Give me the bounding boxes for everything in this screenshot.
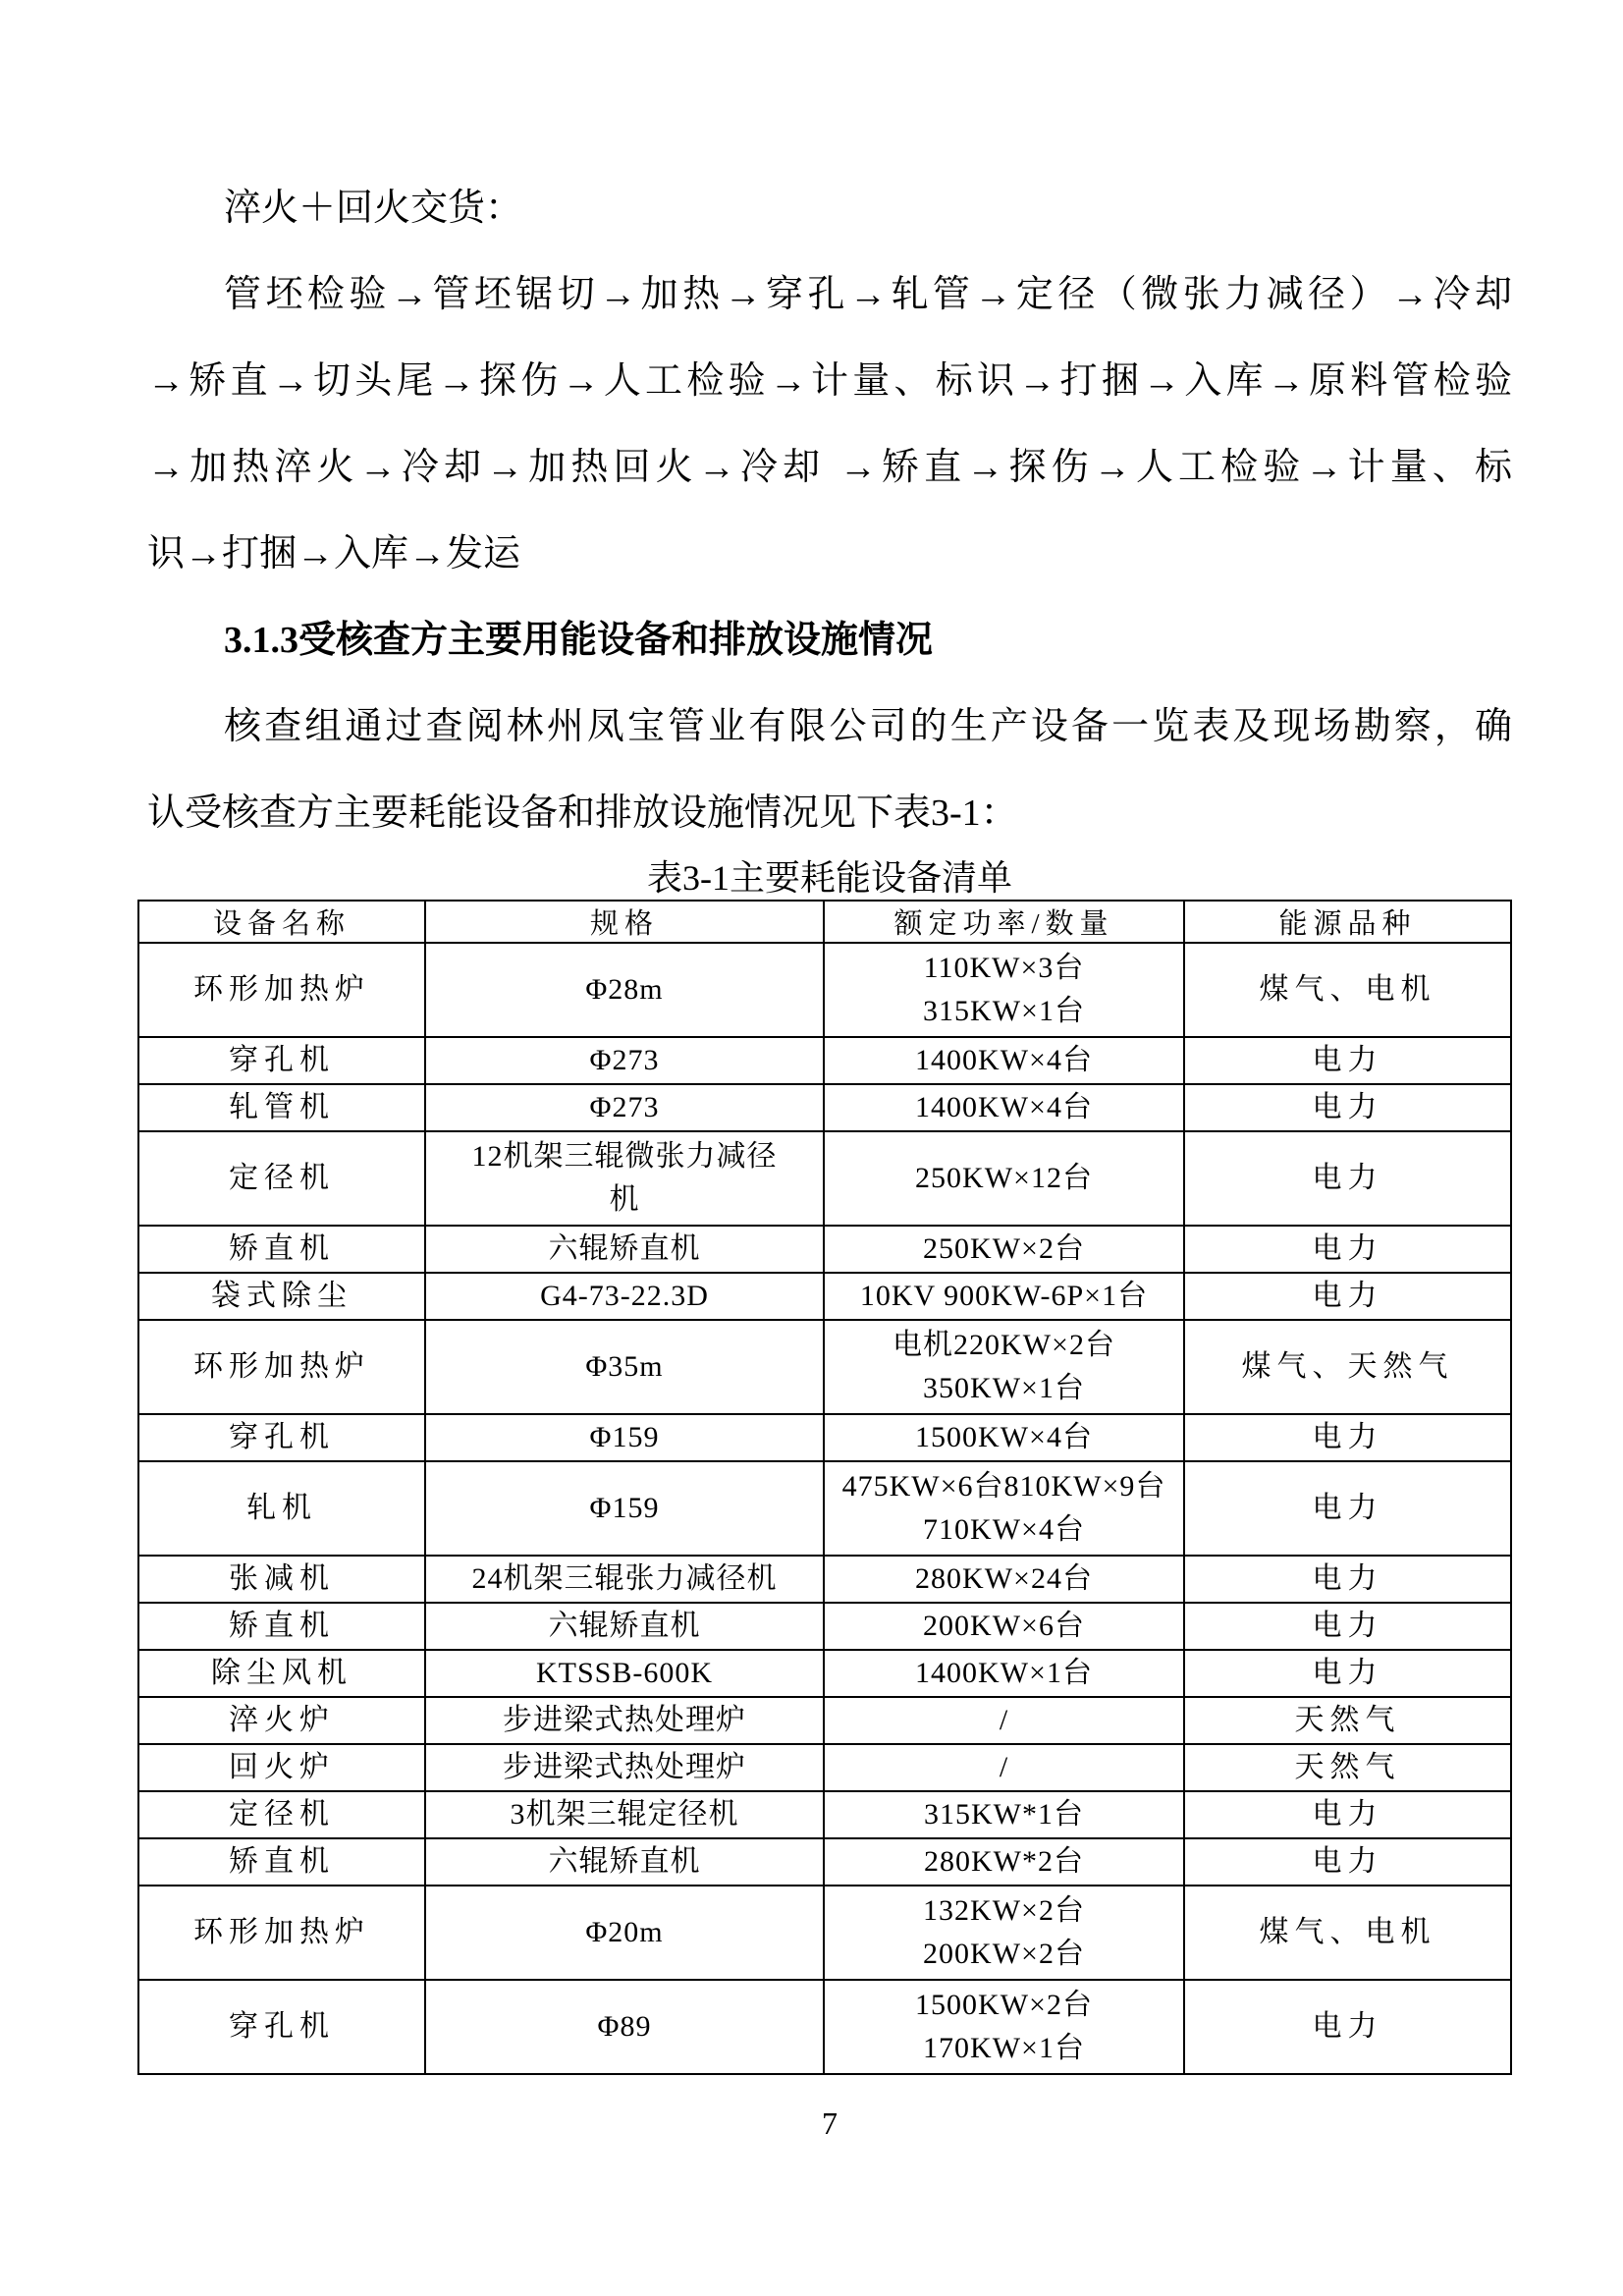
power-text-line-1: 475KW×6台810KW×9台 — [825, 1465, 1183, 1508]
device-name-cell: 定径机 — [138, 1791, 425, 1838]
energy-cell: 天然气 — [1184, 1744, 1511, 1791]
device-name-text: 矫直机 — [139, 1840, 424, 1884]
energy-cell: 电力 — [1184, 1556, 1511, 1603]
power-text-line-1: 1400KW×1台 — [825, 1652, 1183, 1695]
energy-type-text: 电力 — [1185, 1157, 1510, 1200]
energy-cell: 电力 — [1184, 1650, 1511, 1697]
spec-cell: 3机架三辊定径机 — [425, 1791, 824, 1838]
table-row: 淬火炉 步进梁式热处理炉 / 天然气 — [138, 1697, 1511, 1744]
process-flow-line-2: →矫直→切头尾→探伤→人工检验→计量、标识→打捆→入库→原料管检验 — [147, 338, 1512, 424]
energy-cell: 电力 — [1184, 1980, 1511, 2074]
equipment-table: 设备名称 规格 额定功率/数量 能源品种 环形加热炉 Φ28m 110KW×3台… — [137, 900, 1512, 2075]
energy-cell: 电力 — [1184, 1461, 1511, 1556]
spec-cell: Φ28m — [425, 943, 824, 1037]
energy-type-text: 电力 — [1185, 1793, 1510, 1836]
table-row: 矫直机 六辊矫直机 200KW×6台 电力 — [138, 1603, 1511, 1650]
spec-cell: KTSSB-600K — [425, 1650, 824, 1697]
spec-text-line-1: 12机架三辊微张力减径 — [426, 1135, 823, 1178]
energy-type-text: 煤气、天然气 — [1185, 1345, 1510, 1389]
device-name-text: 环形加热炉 — [139, 1911, 424, 1954]
energy-type-text: 电力 — [1185, 1275, 1510, 1318]
power-text-line-1: 1400KW×4台 — [825, 1039, 1183, 1082]
power-cell: 110KW×3台 315KW×1台 — [824, 943, 1184, 1037]
power-cell: 475KW×6台810KW×9台 710KW×4台 — [824, 1461, 1184, 1556]
energy-cell: 煤气、电机 — [1184, 943, 1511, 1037]
energy-type-text: 电力 — [1185, 1840, 1510, 1884]
table-row: 回火炉 步进梁式热处理炉 / 天然气 — [138, 1744, 1511, 1791]
power-text-line-1: 200KW×6台 — [825, 1605, 1183, 1648]
device-name-cell: 袋式除尘 — [138, 1273, 425, 1320]
device-name-text: 矫直机 — [139, 1228, 424, 1271]
device-name-text: 张减机 — [139, 1558, 424, 1601]
spec-cell: Φ273 — [425, 1037, 824, 1084]
power-cell: / — [824, 1697, 1184, 1744]
spec-cell: Φ35m — [425, 1320, 824, 1414]
energy-cell: 电力 — [1184, 1273, 1511, 1320]
device-name-cell: 矫直机 — [138, 1226, 425, 1273]
energy-type-text: 电力 — [1185, 1228, 1510, 1271]
power-cell: 1400KW×1台 — [824, 1650, 1184, 1697]
power-text-line-1: / — [825, 1746, 1183, 1789]
spec-text-line-2: 机 — [426, 1178, 823, 1222]
device-name-text: 矫直机 — [139, 1605, 424, 1648]
device-name-text: 穿孔机 — [139, 1416, 424, 1459]
energy-type-text: 天然气 — [1185, 1699, 1510, 1742]
device-name-cell: 环形加热炉 — [138, 1886, 425, 1980]
table-row: 轧机 Φ159 475KW×6台810KW×9台 710KW×4台 电力 — [138, 1461, 1511, 1556]
power-cell: 280KW×24台 — [824, 1556, 1184, 1603]
device-name-cell: 轧管机 — [138, 1084, 425, 1131]
device-name-cell: 穿孔机 — [138, 1980, 425, 2074]
spec-text-line-1: Φ89 — [426, 2005, 823, 2049]
spec-text-line-1: Φ273 — [426, 1039, 823, 1082]
energy-type-text: 电力 — [1185, 1652, 1510, 1695]
energy-cell: 电力 — [1184, 1084, 1511, 1131]
energy-type-text: 煤气、电机 — [1185, 968, 1510, 1011]
spec-cell: G4-73-22.3D — [425, 1273, 824, 1320]
power-cell: 200KW×6台 — [824, 1603, 1184, 1650]
power-text-line-1: 315KW*1台 — [825, 1793, 1183, 1836]
table-body: 环形加热炉 Φ28m 110KW×3台 315KW×1台 煤气、电机 穿孔机 Φ… — [138, 943, 1511, 2074]
power-cell: 10KV 900KW-6P×1台 — [824, 1273, 1184, 1320]
table-row: 张减机 24机架三辊张力减径机 280KW×24台 电力 — [138, 1556, 1511, 1603]
spec-text-line-1: 24机架三辊张力减径机 — [426, 1558, 823, 1601]
energy-type-text: 电力 — [1185, 1086, 1510, 1129]
power-text-line-1: 电机220KW×2台 — [825, 1324, 1183, 1367]
table-row: 袋式除尘 G4-73-22.3D 10KV 900KW-6P×1台 电力 — [138, 1273, 1511, 1320]
energy-cell: 天然气 — [1184, 1697, 1511, 1744]
spec-cell: 六辊矫直机 — [425, 1603, 824, 1650]
spec-text-line-1: 六辊矫直机 — [426, 1605, 823, 1648]
power-text-line-2: 710KW×4台 — [825, 1508, 1183, 1552]
spec-cell: Φ159 — [425, 1461, 824, 1556]
section-heading-3-1-3: 3.1.3受核查方主要用能设备和排放设施情况 — [147, 597, 1512, 683]
spec-text-line-1: 六辊矫直机 — [426, 1840, 823, 1884]
intro-paragraph-line-1: 核查组通过查阅林州凤宝管业有限公司的生产设备一览表及现场勘察，确 — [147, 683, 1512, 770]
spec-cell: Φ89 — [425, 1980, 824, 2074]
table-row: 轧管机 Φ273 1400KW×4台 电力 — [138, 1084, 1511, 1131]
spec-text-line-1: Φ159 — [426, 1416, 823, 1459]
process-flow-line-4: 识→打捆→入库→发运 — [147, 511, 1512, 597]
power-cell: 1500KW×4台 — [824, 1414, 1184, 1461]
device-name-text: 环形加热炉 — [139, 1345, 424, 1389]
process-flow-line-3: →加热淬火→冷却→加热回火→冷却 →矫直→探伤→人工检验→计量、标 — [147, 424, 1512, 511]
spec-text-line-1: 步进梁式热处理炉 — [426, 1699, 823, 1742]
spec-cell: 12机架三辊微张力减径 机 — [425, 1131, 824, 1226]
table-header-row: 设备名称 规格 额定功率/数量 能源品种 — [138, 901, 1511, 943]
table-row: 矫直机 六辊矫直机 280KW*2台 电力 — [138, 1838, 1511, 1886]
table-row: 环形加热炉 Φ35m 电机220KW×2台 350KW×1台 煤气、天然气 — [138, 1320, 1511, 1414]
power-text-line-2: 200KW×2台 — [825, 1933, 1183, 1976]
spec-text-line-1: 3机架三辊定径机 — [426, 1793, 823, 1836]
table-row: 矫直机 六辊矫直机 250KW×2台 电力 — [138, 1226, 1511, 1273]
power-text-line-2: 315KW×1台 — [825, 990, 1183, 1033]
column-header-spec: 规格 — [425, 901, 824, 943]
table-row: 穿孔机 Φ273 1400KW×4台 电力 — [138, 1037, 1511, 1084]
device-name-cell: 除尘风机 — [138, 1650, 425, 1697]
power-cell: 315KW*1台 — [824, 1791, 1184, 1838]
table-caption: 表3-1主要耗能设备清单 — [147, 856, 1512, 900]
power-text-line-1: 250KW×12台 — [825, 1157, 1183, 1200]
energy-cell: 电力 — [1184, 1838, 1511, 1886]
energy-type-text: 电力 — [1185, 1039, 1510, 1082]
power-cell: 132KW×2台 200KW×2台 — [824, 1886, 1184, 1980]
device-name-text: 定径机 — [139, 1793, 424, 1836]
spec-text-line-1: 六辊矫直机 — [426, 1228, 823, 1271]
energy-cell: 煤气、天然气 — [1184, 1320, 1511, 1414]
power-text-line-1: 110KW×3台 — [825, 947, 1183, 990]
spec-text-line-1: Φ159 — [426, 1487, 823, 1530]
power-text-line-1: 280KW*2台 — [825, 1840, 1183, 1884]
device-name-text: 回火炉 — [139, 1746, 424, 1789]
device-name-cell: 矫直机 — [138, 1603, 425, 1650]
power-cell: 1400KW×4台 — [824, 1084, 1184, 1131]
device-name-cell: 穿孔机 — [138, 1037, 425, 1084]
spec-cell: Φ273 — [425, 1084, 824, 1131]
device-name-text: 穿孔机 — [139, 2005, 424, 2049]
device-name-cell: 环形加热炉 — [138, 943, 425, 1037]
device-name-cell: 环形加热炉 — [138, 1320, 425, 1414]
device-name-cell: 矫直机 — [138, 1838, 425, 1886]
spec-text-line-1: Φ35m — [426, 1345, 823, 1389]
device-name-text: 环形加热炉 — [139, 968, 424, 1011]
table-row: 环形加热炉 Φ20m 132KW×2台 200KW×2台 煤气、电机 — [138, 1886, 1511, 1980]
power-text-line-1: 250KW×2台 — [825, 1228, 1183, 1271]
table-row: 穿孔机 Φ89 1500KW×2台 170KW×1台 电力 — [138, 1980, 1511, 2074]
process-flow-line-1: 管坯检验→管坯锯切→加热→穿孔→轧管→定径（微张力减径）→冷却 — [147, 251, 1512, 338]
power-text-line-1: 1400KW×4台 — [825, 1086, 1183, 1129]
device-name-cell: 定径机 — [138, 1131, 425, 1226]
energy-type-text: 电力 — [1185, 1558, 1510, 1601]
spec-cell: 六辊矫直机 — [425, 1838, 824, 1886]
table-row: 定径机 12机架三辊微张力减径 机 250KW×12台 电力 — [138, 1131, 1511, 1226]
spec-cell: Φ20m — [425, 1886, 824, 1980]
device-name-text: 除尘风机 — [139, 1652, 424, 1695]
spec-cell: 步进梁式热处理炉 — [425, 1744, 824, 1791]
table-row: 除尘风机 KTSSB-600K 1400KW×1台 电力 — [138, 1650, 1511, 1697]
column-header-device-name: 设备名称 — [138, 901, 425, 943]
energy-type-text: 电力 — [1185, 1605, 1510, 1648]
power-text-line-1: 1500KW×4台 — [825, 1416, 1183, 1459]
device-name-cell: 回火炉 — [138, 1744, 425, 1791]
power-cell: 250KW×2台 — [824, 1226, 1184, 1273]
power-cell: 电机220KW×2台 350KW×1台 — [824, 1320, 1184, 1414]
column-header-energy-type: 能源品种 — [1184, 901, 1511, 943]
energy-cell: 电力 — [1184, 1414, 1511, 1461]
power-text-line-1: 280KW×24台 — [825, 1558, 1183, 1601]
spec-text-line-1: 步进梁式热处理炉 — [426, 1746, 823, 1789]
spec-cell: 步进梁式热处理炉 — [425, 1697, 824, 1744]
device-name-cell: 张减机 — [138, 1556, 425, 1603]
power-cell: 1400KW×4台 — [824, 1037, 1184, 1084]
table-row: 穿孔机 Φ159 1500KW×4台 电力 — [138, 1414, 1511, 1461]
power-cell: 1500KW×2台 170KW×1台 — [824, 1980, 1184, 2074]
spec-cell: 六辊矫直机 — [425, 1226, 824, 1273]
device-name-text: 定径机 — [139, 1157, 424, 1200]
spec-text-line-1: Φ28m — [426, 968, 823, 1011]
device-name-cell: 穿孔机 — [138, 1414, 425, 1461]
energy-type-text: 天然气 — [1185, 1746, 1510, 1789]
page-number: 7 — [147, 2102, 1512, 2145]
spec-cell: Φ159 — [425, 1414, 824, 1461]
power-text-line-1: / — [825, 1699, 1183, 1742]
energy-cell: 电力 — [1184, 1226, 1511, 1273]
energy-cell: 电力 — [1184, 1037, 1511, 1084]
table-row: 定径机 3机架三辊定径机 315KW*1台 电力 — [138, 1791, 1511, 1838]
energy-type-text: 煤气、电机 — [1185, 1911, 1510, 1954]
power-text-line-1: 1500KW×2台 — [825, 1984, 1183, 2027]
energy-cell: 煤气、电机 — [1184, 1886, 1511, 1980]
power-cell: 280KW*2台 — [824, 1838, 1184, 1886]
power-text-line-2: 350KW×1台 — [825, 1367, 1183, 1410]
device-name-cell: 淬火炉 — [138, 1697, 425, 1744]
device-name-cell: 轧机 — [138, 1461, 425, 1556]
spec-cell: 24机架三辊张力减径机 — [425, 1556, 824, 1603]
document-page: 淬火＋回火交货： 管坯检验→管坯锯切→加热→穿孔→轧管→定径（微张力减径）→冷却… — [0, 0, 1623, 2296]
device-name-text: 轧机 — [139, 1487, 424, 1530]
quench-temper-delivery-line: 淬火＋回火交货： — [147, 165, 1512, 251]
device-name-text: 淬火炉 — [139, 1699, 424, 1742]
power-cell: / — [824, 1744, 1184, 1791]
energy-type-text: 电力 — [1185, 1487, 1510, 1530]
spec-text-line-1: Φ20m — [426, 1911, 823, 1954]
energy-cell: 电力 — [1184, 1603, 1511, 1650]
energy-type-text: 电力 — [1185, 2005, 1510, 2049]
energy-type-text: 电力 — [1185, 1416, 1510, 1459]
document-content: 淬火＋回火交货： 管坯检验→管坯锯切→加热→穿孔→轧管→定径（微张力减径）→冷却… — [147, 0, 1512, 2075]
power-cell: 250KW×12台 — [824, 1131, 1184, 1226]
device-name-text: 轧管机 — [139, 1086, 424, 1129]
spec-text-line-1: G4-73-22.3D — [426, 1275, 823, 1318]
power-text-line-1: 10KV 900KW-6P×1台 — [825, 1275, 1183, 1318]
energy-cell: 电力 — [1184, 1131, 1511, 1226]
device-name-text: 穿孔机 — [139, 1039, 424, 1082]
table-row: 环形加热炉 Φ28m 110KW×3台 315KW×1台 煤气、电机 — [138, 943, 1511, 1037]
spec-text-line-1: KTSSB-600K — [426, 1652, 823, 1695]
intro-paragraph-line-2: 认受核查方主要耗能设备和排放设施情况见下表3-1： — [147, 770, 1512, 856]
column-header-rated-power-qty: 额定功率/数量 — [824, 901, 1184, 943]
energy-cell: 电力 — [1184, 1791, 1511, 1838]
power-text-line-2: 170KW×1台 — [825, 2027, 1183, 2070]
spec-text-line-1: Φ273 — [426, 1086, 823, 1129]
device-name-text: 袋式除尘 — [139, 1275, 424, 1318]
power-text-line-1: 132KW×2台 — [825, 1889, 1183, 1933]
